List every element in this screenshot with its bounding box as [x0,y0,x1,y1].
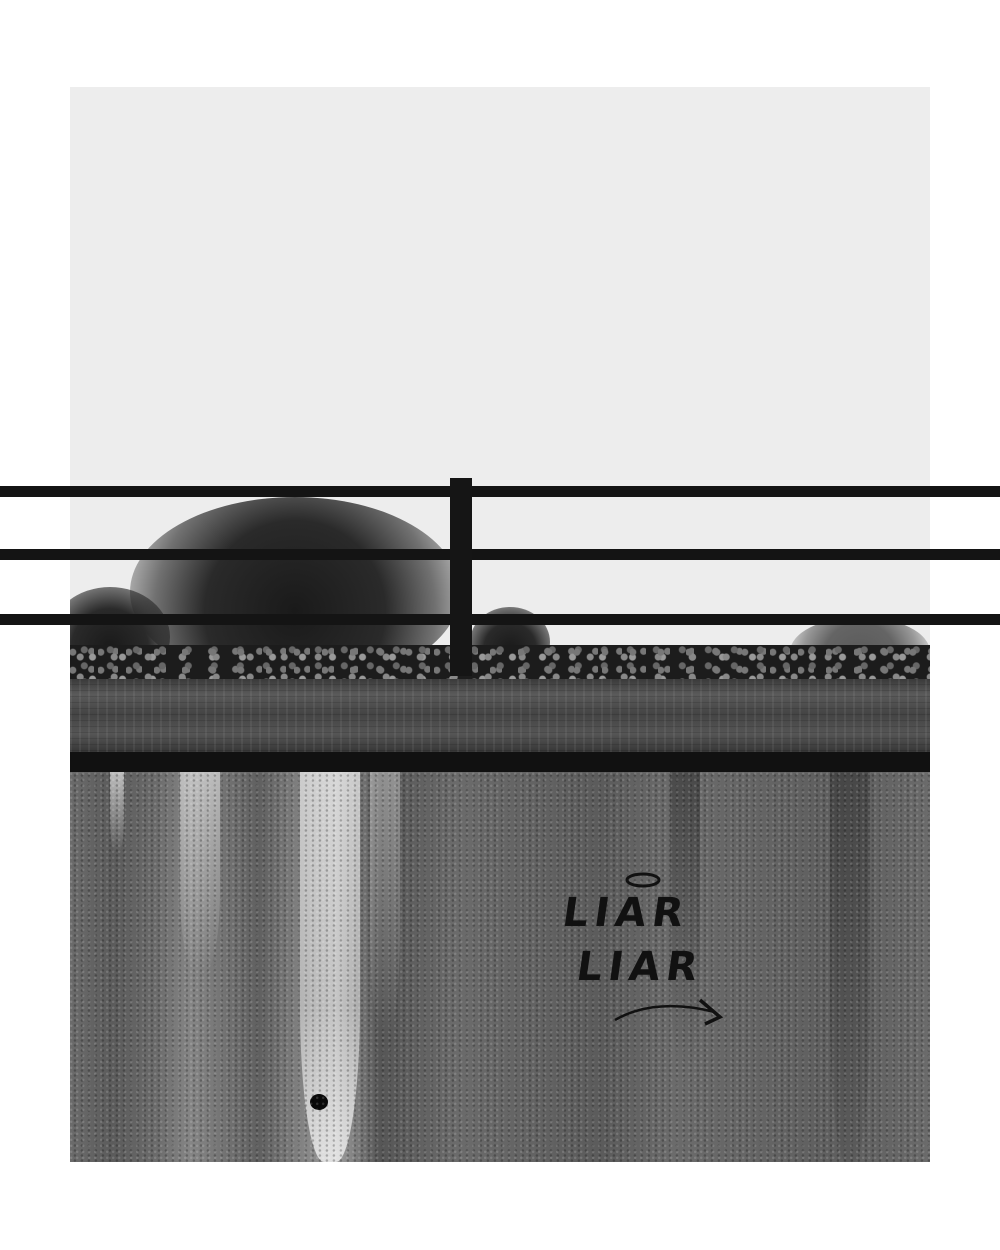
railing-middle-bar [0,549,1000,560]
gravel-bed [70,645,930,681]
concrete-wall [70,772,930,1162]
water-stain [180,772,220,972]
graffiti-line-1: LIAR [560,890,693,936]
railing-post [450,478,472,676]
concrete-ledge [70,679,930,757]
water-stain [370,772,400,1032]
dark-streak [830,772,870,1162]
water-stain [110,772,124,852]
railing-bottom-bar [0,614,1000,625]
graffiti-line-2: LIAR [574,944,707,990]
graffiti: LIAR LIAR [555,872,775,1037]
ledge-shadow [70,752,930,774]
wall-hole [310,1094,328,1110]
water-stain [300,772,360,1162]
railing-top-bar [0,486,1000,497]
